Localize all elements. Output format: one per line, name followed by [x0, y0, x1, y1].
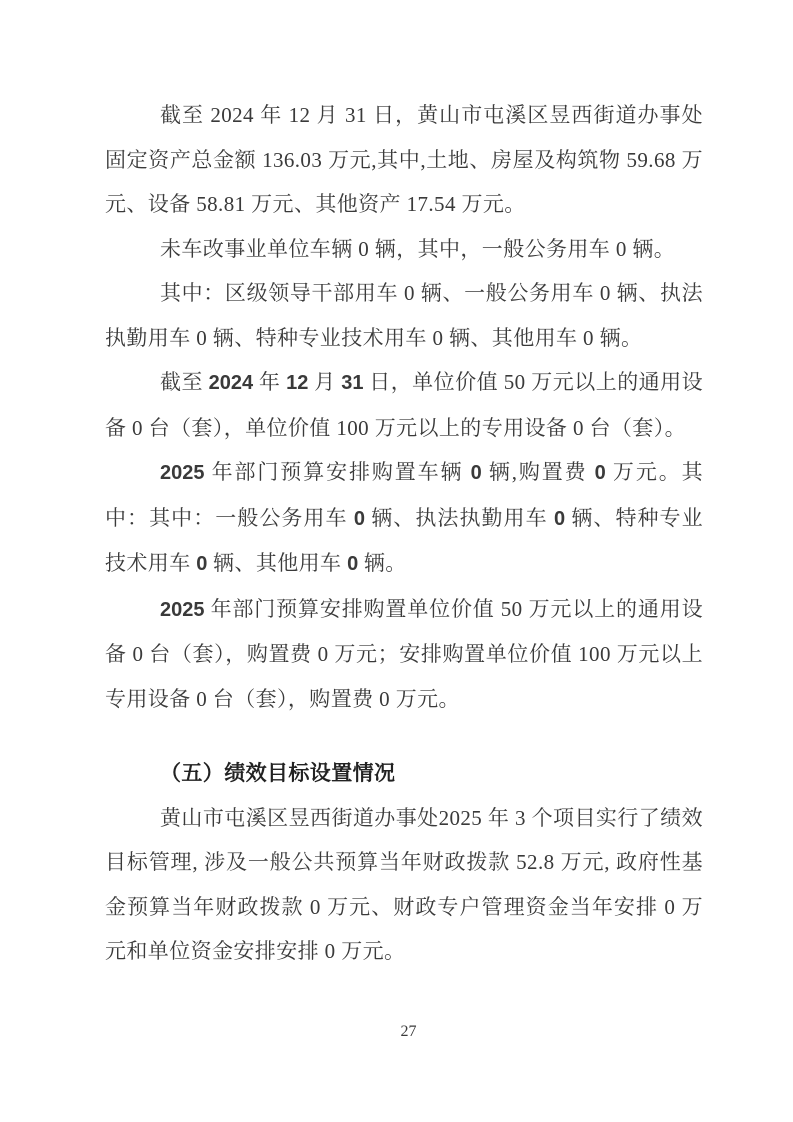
text-run: （五）绩效目标设置情况 — [160, 761, 395, 785]
numeric-value: 0 — [554, 508, 565, 530]
numeric-value: 0 — [595, 462, 606, 484]
numeric-value: 31 — [341, 372, 363, 394]
text-run: 月 — [308, 370, 341, 394]
document-page: 截至 2024 年 12 月 31 日，黄山市屯溪区昱西街道办事处固定资产总金额… — [0, 0, 793, 1122]
numeric-value: 0 — [471, 462, 482, 484]
text-run: 截至 2024 年 12 月 31 日，黄山市屯溪区昱西街道办事处固定资产总金额… — [105, 103, 703, 216]
numeric-value: 2024 — [209, 372, 254, 394]
paragraph: 黄山市屯溪区昱西街道办事处2025 年 3 个项目实行了绩效目标管理, 涉及一般… — [105, 796, 703, 974]
numeric-value: 2025 — [160, 462, 205, 484]
numeric-value: 2025 — [160, 599, 205, 621]
paragraph: 2025 年部门预算安排购置单位价值 50 万元以上的通用设备 0 台（套），购… — [105, 587, 703, 722]
numeric-value: 0 — [354, 508, 365, 530]
numeric-value: 0 — [347, 553, 358, 575]
text-run: 年 — [253, 370, 286, 394]
text-run: 其中：区级领导干部用车 0 辆、一般公务用车 0 辆、执法执勤用车 0 辆、特种… — [105, 281, 703, 350]
paragraph: 未车改事业单位车辆 0 辆，其中，一般公务用车 0 辆。 — [105, 227, 703, 272]
text-run: 辆、其他用车 — [207, 551, 347, 575]
text-run: 截至 — [160, 370, 209, 394]
text-run: 年部门预算安排购置车辆 — [205, 460, 471, 484]
paragraph: 其中：区级领导干部用车 0 辆、一般公务用车 0 辆、执法执勤用车 0 辆、特种… — [105, 271, 703, 360]
section-heading: （五）绩效目标设置情况 — [105, 751, 703, 796]
text-run: 黄山市屯溪区昱西街道办事处2025 年 3 个项目实行了绩效目标管理, 涉及一般… — [105, 806, 703, 964]
page-number: 27 — [12, 1021, 793, 1043]
paragraph: 截至 2024 年 12 月 31 日，黄山市屯溪区昱西街道办事处固定资产总金额… — [105, 93, 703, 227]
text-run: 未车改事业单位车辆 0 辆，其中，一般公务用车 0 辆。 — [160, 237, 675, 261]
text-run: 辆、执法执勤用车 — [365, 506, 554, 530]
numeric-value: 0 — [196, 553, 207, 575]
paragraph: 截至 2024 年 12 月 31 日，单位价值 50 万元以上的通用设备 0 … — [105, 360, 703, 450]
numeric-value: 12 — [286, 372, 308, 394]
text-run: 辆,购置费 — [482, 460, 595, 484]
paragraph: 2025 年部门预算安排购置车辆 0 辆,购置费 0 万元。其中：其中：一般公务… — [105, 450, 703, 587]
document-body: 截至 2024 年 12 月 31 日，黄山市屯溪区昱西街道办事处固定资产总金额… — [105, 93, 703, 974]
text-run: 辆。 — [358, 551, 406, 575]
